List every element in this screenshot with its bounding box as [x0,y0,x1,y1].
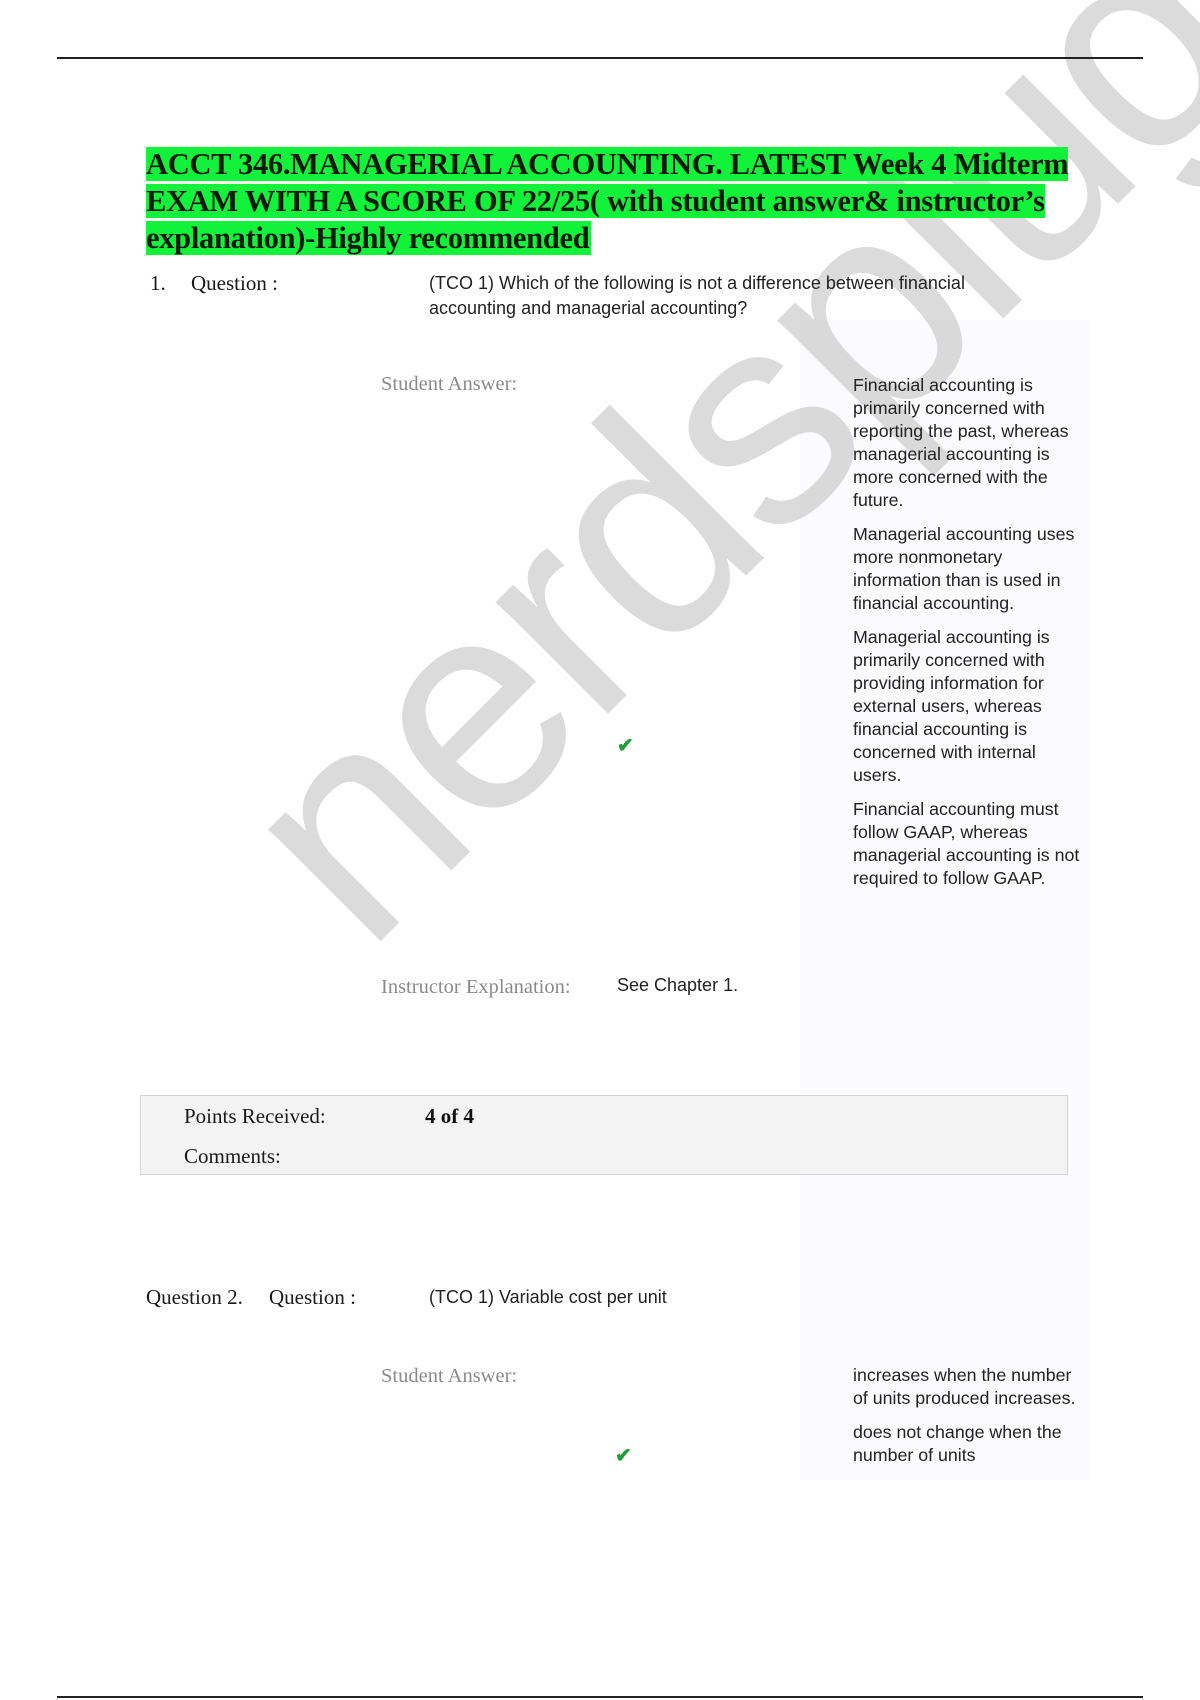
question-2-option: increases when the number of units produ… [853,1364,1088,1410]
footer-rule [57,1696,1143,1698]
question-1-text: (TCO 1) Which of the following is not a … [429,271,1049,321]
question-2-student-answer-label: Student Answer: [381,1365,517,1388]
question-2-text: (TCO 1) Variable cost per unit [429,1285,1049,1310]
question-1-option: Financial accounting is primarily concer… [853,374,1088,512]
comments-label: Comments: [184,1144,281,1169]
instructor-explanation-text: See Chapter 1. [617,975,738,996]
points-box: Points Received: 4 of 4 Comments: [140,1095,1068,1175]
points-received-label: Points Received: [184,1104,326,1129]
question-1-option: Financial accounting must follow GAAP, w… [853,798,1088,890]
question-2-options: increases when the number of units produ… [853,1364,1088,1478]
question-1-options: Financial accounting is primarily concer… [853,374,1088,901]
check-icon: ✔ [615,1443,632,1468]
question-2-option: does not change when the number of units [853,1421,1088,1467]
question-1-student-answer-label: Student Answer: [381,373,517,396]
question-2-number: Question 2. [146,1285,243,1310]
question-1-number: 1. [150,271,166,296]
question-1-label: Question : [191,271,278,296]
question-1-option: Managerial accounting is primarily conce… [853,626,1088,787]
question-2-label: Question : [269,1285,356,1310]
points-received-value: 4 of 4 [425,1104,474,1129]
title-highlight: ACCT 346.MANAGERIAL ACCOUNTING. LATEST W… [146,147,1068,255]
document-title: ACCT 346.MANAGERIAL ACCOUNTING. LATEST W… [146,146,1106,257]
check-icon: ✔ [617,733,634,758]
instructor-explanation-label: Instructor Explanation: [381,976,571,999]
question-1-option: Managerial accounting uses more nonmonet… [853,523,1088,615]
header-rule [57,57,1143,59]
